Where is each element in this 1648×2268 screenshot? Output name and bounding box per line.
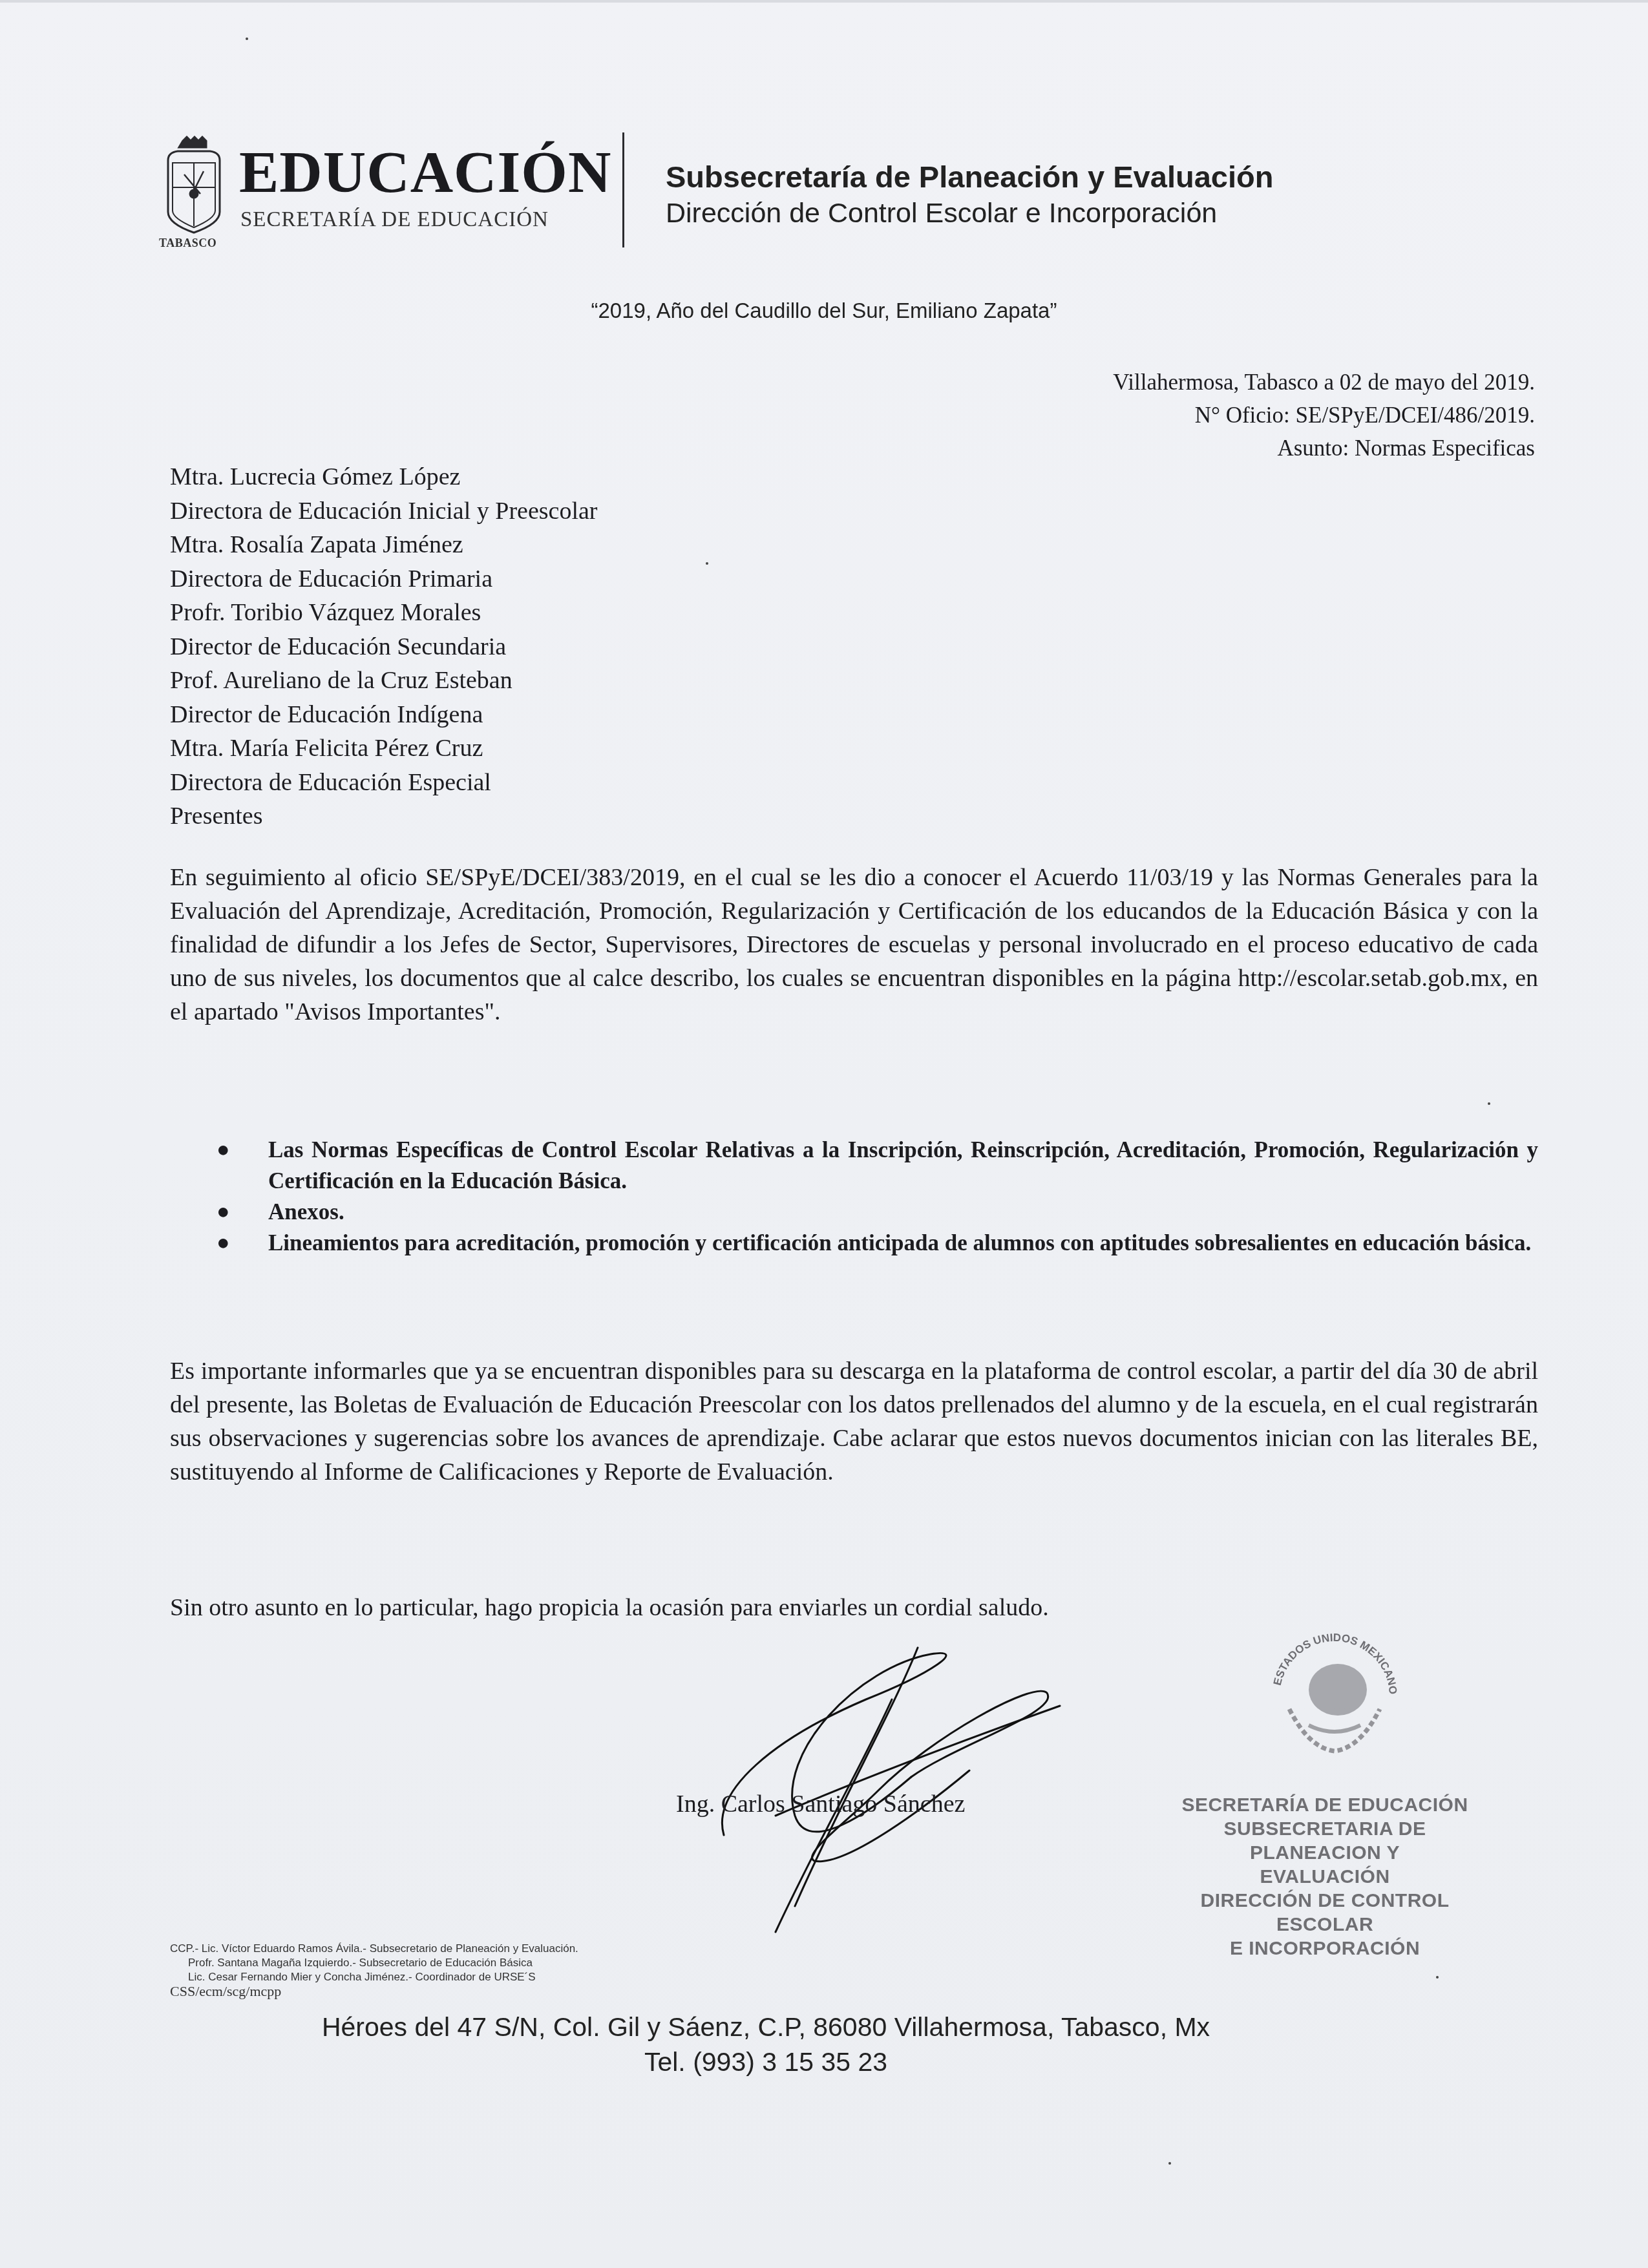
footer-address: Héroes del 47 S/N, Col. Gil y Sáenz, C.P…: [0, 2010, 1532, 2044]
mexican-coat-of-arms-seal-icon: ESTADOS UNIDOS MEXICANOS: [1257, 1612, 1412, 1767]
recipient-line: Mtra. María Felicita Pérez Cruz: [170, 731, 598, 766]
body-paragraph-1: En seguimiento al oficio SE/SPyE/DCEI/38…: [170, 861, 1538, 1029]
recipient-line: Directora de Educación Especial: [170, 766, 598, 800]
scan-speck: [1168, 2162, 1171, 2165]
recipient-line: Mtra. Rosalía Zapata Jiménez: [170, 528, 598, 562]
document-item-text: Las Normas Específicas de Control Escola…: [268, 1137, 1538, 1193]
stamp-line: SECRETARÍA DE EDUCACIÓN: [1157, 1793, 1493, 1817]
year-motto: “2019, Año del Caudillo del Sur, Emilian…: [0, 299, 1648, 323]
scan-speck: [1436, 1976, 1439, 1979]
scan-speck: [706, 562, 708, 565]
reference-block: Villahermosa, Tabasco a 02 de mayo del 2…: [1113, 366, 1535, 465]
carbon-copy-list: CCP.- Lic. Víctor Eduardo Ramos Ávila.- …: [170, 1942, 578, 1999]
recipient-line: Profr. Toribio Vázquez Morales: [170, 596, 598, 630]
bullet-icon: ●: [217, 1228, 230, 1259]
bullet-icon: ●: [217, 1135, 230, 1166]
bullet-icon: ●: [217, 1197, 230, 1228]
footer-phone: Tel. (993) 3 15 35 23: [0, 2044, 1532, 2079]
document-item-text: Anexos.: [268, 1199, 344, 1224]
recipient-line: Mtra. Lucrecia Gómez López: [170, 460, 598, 494]
recipient-line: Director de Educación Secundaria: [170, 630, 598, 664]
recipients-list: Mtra. Lucrecia Gómez López Directora de …: [170, 460, 598, 834]
subject: Asunto: Normas Especificas: [1113, 432, 1535, 465]
recipient-line: Directora de Educación Inicial y Preesco…: [170, 494, 598, 529]
official-stamp: SECRETARÍA DE EDUCACIÓN SUBSECRETARIA DE…: [1157, 1793, 1493, 1960]
place-date: Villahermosa, Tabasco a 02 de mayo del 2…: [1113, 366, 1535, 399]
document-item-text: Lineamientos para acreditación, promoció…: [268, 1230, 1531, 1255]
brand-subtitle: SECRETARÍA DE EDUCACIÓN: [240, 208, 549, 232]
oficio-number: N° Oficio: SE/SPyE/DCEI/486/2019.: [1113, 399, 1535, 432]
scan-speck: [1488, 1102, 1490, 1105]
ccp-line: Profr. Santana Magaña Izquierdo.- Subsec…: [170, 1956, 578, 1970]
ccp-line: CCP.- Lic. Víctor Eduardo Ramos Ávila.- …: [170, 1942, 578, 1956]
signatory-name: Ing. Carlos Santiago Sánchez: [676, 1790, 965, 1818]
directorate-title: Dirección de Control Escolar e Incorpora…: [666, 198, 1217, 229]
stamp-line: EVALUACIÓN: [1157, 1865, 1493, 1889]
reference-initials: CSS/ecm/scg/mcpp: [170, 1984, 578, 1999]
document-item: ●Las Normas Específicas de Control Escol…: [213, 1135, 1538, 1197]
brand-title: EDUCACIÓN: [239, 142, 611, 202]
document-item: ●Anexos.: [213, 1197, 1538, 1228]
recipient-line: Directora de Educación Primaria: [170, 562, 598, 596]
stamp-line: SUBSECRETARIA DE PLANEACION Y: [1157, 1817, 1493, 1865]
document-item: ●Lineamientos para acreditación, promoci…: [213, 1228, 1538, 1259]
documents-list: ●Las Normas Específicas de Control Escol…: [213, 1135, 1538, 1259]
header-divider: [622, 132, 624, 247]
recipient-line: Prof. Aureliano de la Cruz Esteban: [170, 664, 598, 698]
body-paragraph-2: Es importante informarles que ya se encu…: [170, 1354, 1538, 1489]
letter-page: EDUCACIÓN SECRETARÍA DE EDUCACIÓN TABASC…: [0, 0, 1648, 2268]
tabasco-crest-icon: [158, 136, 229, 252]
scan-speck: [246, 37, 248, 40]
brand-state: TABASCO: [159, 236, 217, 250]
stamp-line: E INCORPORACIÓN: [1157, 1937, 1493, 1960]
stamp-line: DIRECCIÓN DE CONTROL ESCOLAR: [1157, 1889, 1493, 1937]
scan-edge: [0, 0, 1648, 3]
recipient-line: Director de Educación Indígena: [170, 698, 598, 732]
department-title: Subsecretaría de Planeación y Evaluación: [666, 159, 1273, 194]
recipient-line: Presentes: [170, 799, 598, 834]
ccp-line: Lic. Cesar Fernando Mier y Concha Jiméne…: [170, 1970, 578, 1984]
footer-contact: Héroes del 47 S/N, Col. Gil y Sáenz, C.P…: [0, 2010, 1532, 2079]
